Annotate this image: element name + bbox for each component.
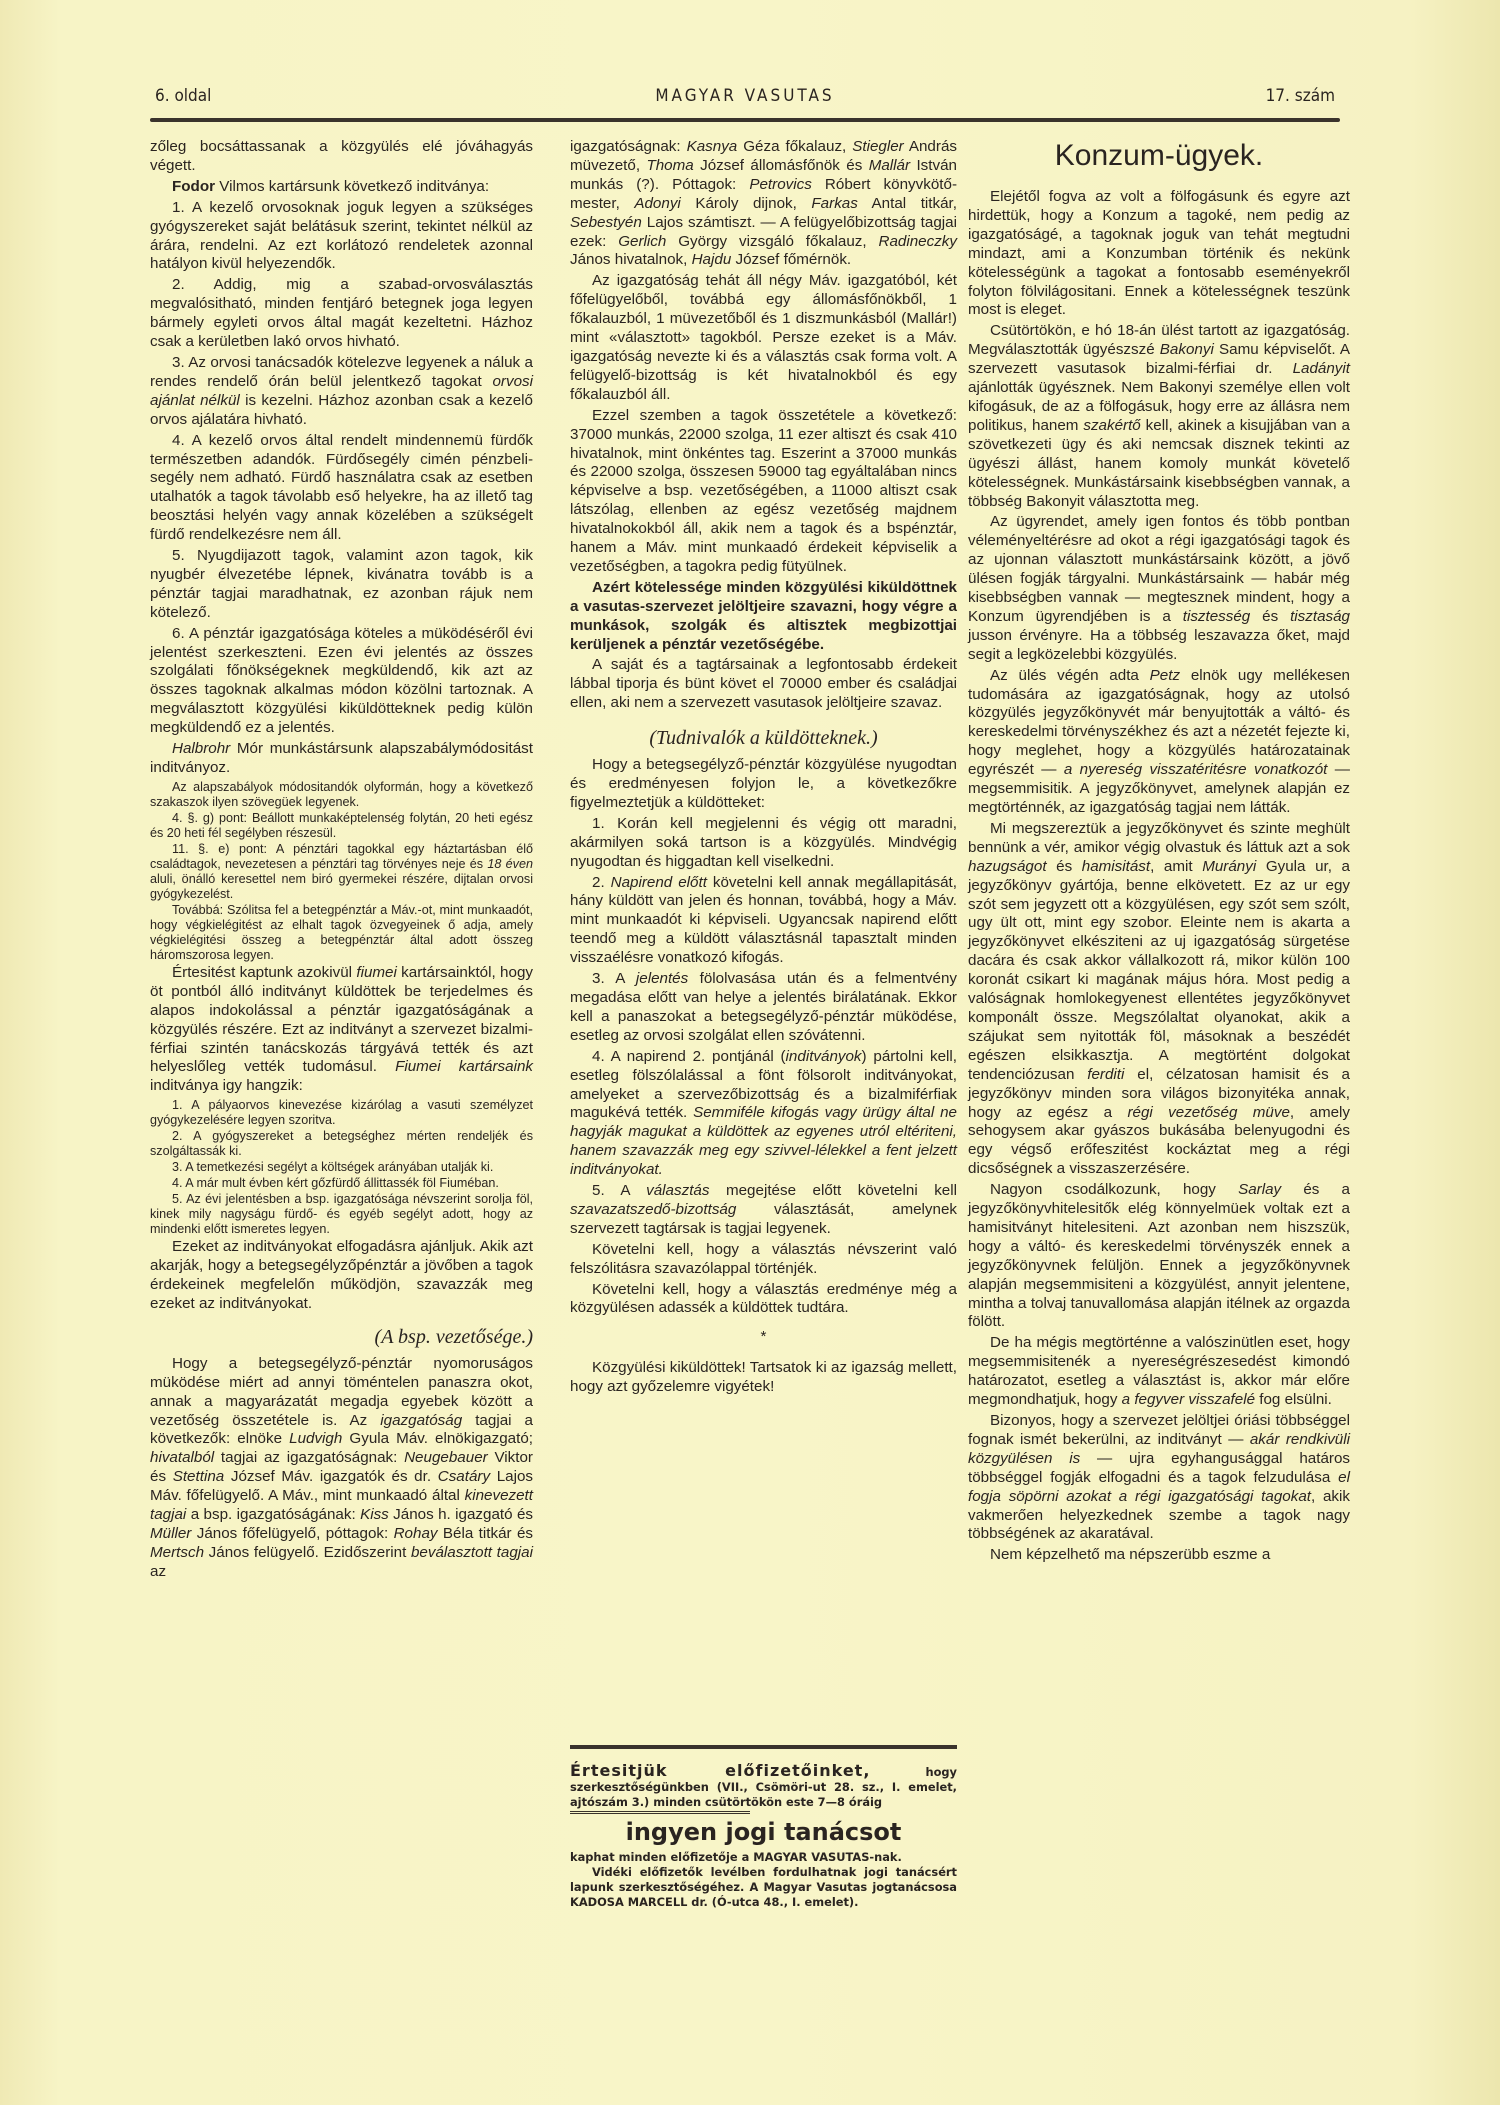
motion-item: 3. Az orvosi tanácsadók kötelezve legyen… <box>150 354 533 430</box>
column-left: zőleg bocsáttassanak a közgyülés elé jóv… <box>150 138 533 1584</box>
signature: (A bsp. vezetősége.) <box>150 1328 533 1347</box>
fiume-item: 1. A pályaorvos kinevezése kizárólag a v… <box>150 1098 533 1128</box>
instruction-item: 2. Napirend előtt követelni kell annak m… <box>570 874 957 969</box>
paragraph: Az igazgatóság tehát áll négy Máv. igazg… <box>570 272 957 404</box>
paragraph: Bizonyos, hogy a szervezet jelöltjei óri… <box>968 1412 1350 1544</box>
fiume-item: 5. Az évi jelentésben a bsp. igazgatóság… <box>150 1192 533 1237</box>
paragraph: Halbrohr Mór munkástársunk alapszabálymó… <box>150 740 533 778</box>
bylaw-text: Az alapszabályok módositandók olyformán,… <box>150 780 533 810</box>
paragraph: Közgyülési kiküldöttek! Tartsatok ki az … <box>570 1359 957 1397</box>
paragraph: Csütörtökön, e hó 18-án ülést tartott az… <box>968 322 1350 511</box>
paragraph: De ha mégis megtörténne a valószinütlen … <box>968 1334 1350 1410</box>
paragraph: Értesitést kaptunk azokivül fiumei kartá… <box>150 964 533 1096</box>
paragraph: Követelni kell, hogy a választás névszer… <box>570 1241 957 1279</box>
bylaw-text: Továbbá: Szólitsa fel a betegpénztár a M… <box>150 903 533 963</box>
double-rule <box>570 1811 750 1814</box>
instruction-item: 1. Korán kell megjelenni és végig ott ma… <box>570 815 957 872</box>
instruction-item: 3. A jelentés fölolvasása után és a felm… <box>570 970 957 1046</box>
issue-number: 17. szám <box>1266 86 1335 106</box>
fiume-item: 2. A gyógyszereket a betegséghez mérten … <box>150 1129 533 1159</box>
paragraph: Hogy a betegsegélyző-pénztár nyomoruságo… <box>150 1355 533 1582</box>
paragraph: igazgatóságnak: Kasnya Géza főkalauz, St… <box>570 138 957 270</box>
fiume-item: 4. A már mult évben kért gőzfürdő állitt… <box>150 1176 533 1191</box>
paragraph: Követelni kell, hogy a választás eredmén… <box>570 1281 957 1319</box>
asterism: * <box>570 1328 957 1347</box>
paragraph: Ezeket az inditványokat elfogadásra aján… <box>150 1238 533 1314</box>
motion-item: 4. A kezelő orvos által rendelt mindenne… <box>150 432 533 545</box>
paragraph: Az ügyrendet, amely igen fontos és több … <box>968 513 1350 664</box>
subscriber-notice: Értesitjük előfizetőinket, hogy szerkesz… <box>570 1745 957 1910</box>
column-middle: igazgatóságnak: Kasnya Géza főkalauz, St… <box>570 138 957 1399</box>
paragraph: A saját és a tagtársainak a legfontosabb… <box>570 656 957 713</box>
paragraph: zőleg bocsáttassanak a közgyülés elé jóv… <box>150 138 533 176</box>
motion-item: 1. A kezelő orvosoknak joguk legyen a sz… <box>150 199 533 275</box>
paragraph: Hogy a betegsegélyző-pénztár közgyülése … <box>570 756 957 813</box>
bold-appeal: Azért kötelessége minden közgyülési kikü… <box>570 579 957 655</box>
bylaw-text: 11. §. e) pont: A pénztári tagokkal egy … <box>150 842 533 902</box>
column-right: Konzum-ügyek. Elejétől fogva az volt a f… <box>968 138 1350 1567</box>
paragraph: Ezzel szemben a tagok összetétele a köve… <box>570 407 957 577</box>
motion-item: 5. Nyugdijazott tagok, valamint azon tag… <box>150 547 533 623</box>
newspaper-page: 6. oldal MAGYAR VASUTAS 17. szám zőleg b… <box>0 0 1500 2105</box>
paragraph: Elejétől fogva az volt a fölfogásunk és … <box>968 188 1350 320</box>
header-rule <box>150 118 1340 122</box>
instruction-item: 4. A napirend 2. pontjánál (inditványok)… <box>570 1048 957 1180</box>
motion-item: 6. A pénztár igazgatósága köteles a mükö… <box>150 625 533 738</box>
paragraph: Az ülés végén adta Petz elnök ugy mellék… <box>968 667 1350 818</box>
notice-lead: Értesitjük előfizetőinket, <box>570 1761 870 1780</box>
paragraph: Nem képzelhető ma népszerübb eszme a <box>968 1546 1350 1565</box>
notice-headline: ingyen jogi tanácsot <box>570 1816 957 1848</box>
motion-item: 2. Addig, mig a szabad-orvosválasztás me… <box>150 276 533 352</box>
bylaw-text: 4. §. g) pont: Beállott munkaképtelenség… <box>150 811 533 841</box>
masthead: MAGYAR VASUTAS <box>155 86 1335 106</box>
paragraph: Fodor Vilmos kartársunk következő inditv… <box>150 178 533 197</box>
article-title: Konzum-ügyek. <box>968 138 1350 174</box>
fiume-item: 3. A temetkezési segélyt a költségek ará… <box>150 1160 533 1175</box>
page-header: 6. oldal MAGYAR VASUTAS 17. szám <box>155 86 1335 116</box>
paragraph: Mi megszereztük a jegyzőkönyvet és szint… <box>968 820 1350 1179</box>
paragraph: Nagyon csodálkozunk, hogy Sarlay és a je… <box>968 1181 1350 1332</box>
section-subheading: (Tudnivalók a küldötteknek.) <box>570 729 957 748</box>
instruction-item: 5. A választás megejtése előtt követelni… <box>570 1182 957 1239</box>
